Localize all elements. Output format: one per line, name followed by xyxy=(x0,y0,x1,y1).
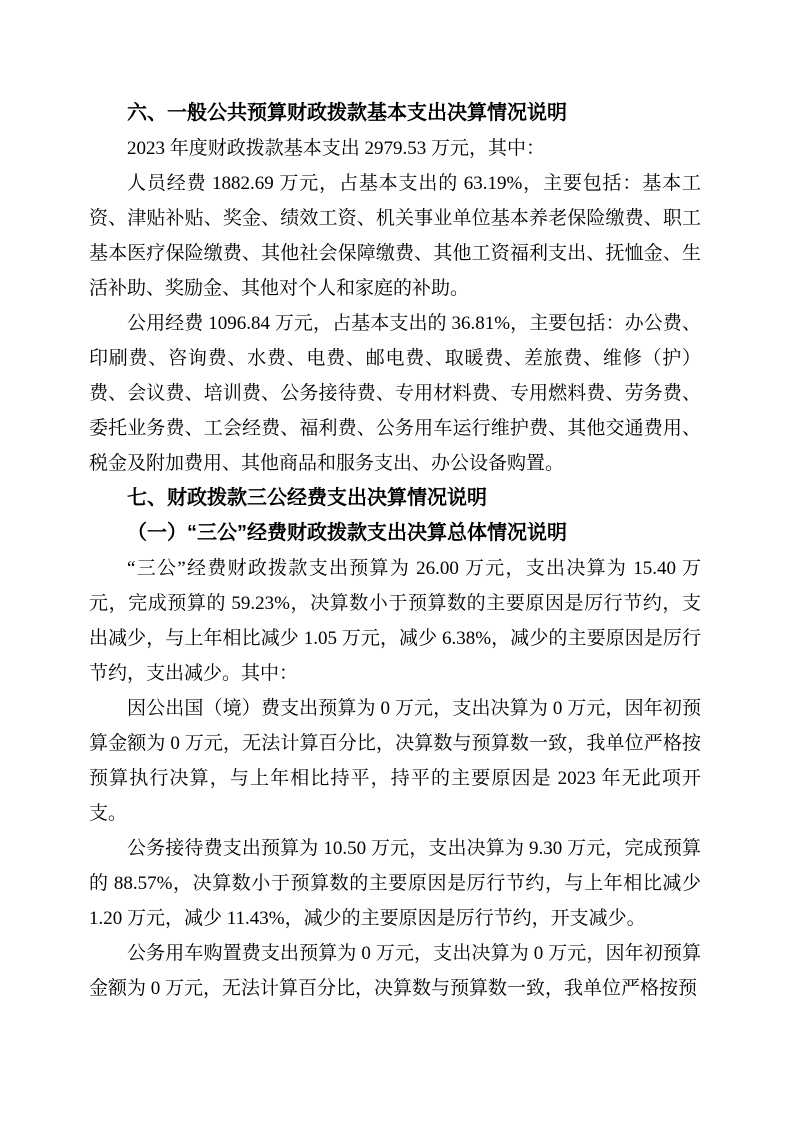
para-personnel-expenses: 人员经费 1882.69 万元，占基本支出的 63.19%，主要包括：基本工资、… xyxy=(89,166,701,306)
document-page: 六、一般公共预算财政拨款基本支出决算情况说明 2023 年度财政拨款基本支出 2… xyxy=(0,0,793,1122)
para-three-public-overview: “三公”经费财政拨款支出预算为 26.00 万元，支出决算为 15.40 万元，… xyxy=(89,551,701,691)
para-public-operating-expenses: 公用经费 1096.84 万元，占基本支出的 36.81%，主要包括：办公费、印… xyxy=(89,306,701,481)
para-vehicle-purchase-expense: 公务用车购置费支出预算为 0 万元，支出决算为 0 万元，因年初预算金额为 0 … xyxy=(89,936,701,1006)
para-basic-expenditure-total: 2023 年度财政拨款基本支出 2979.53 万元，其中： xyxy=(89,131,701,166)
section-heading-basic-expenditure: 六、一般公共预算财政拨款基本支出决算情况说明 xyxy=(89,96,701,131)
para-official-reception-expense: 公务接待费支出预算为 10.50 万元，支出决算为 9.30 万元，完成预算的 … xyxy=(89,831,701,936)
section-heading-three-public-funds: 七、财政拨款三公经费支出决算情况说明 xyxy=(89,481,701,516)
para-overseas-trips-expense: 因公出国（境）费支出预算为 0 万元，支出决算为 0 万元，因年初预算金额为 0… xyxy=(89,691,701,831)
subsection-heading-three-public-overview: （一）“三公”经费财政拨款支出决算总体情况说明 xyxy=(89,516,701,551)
